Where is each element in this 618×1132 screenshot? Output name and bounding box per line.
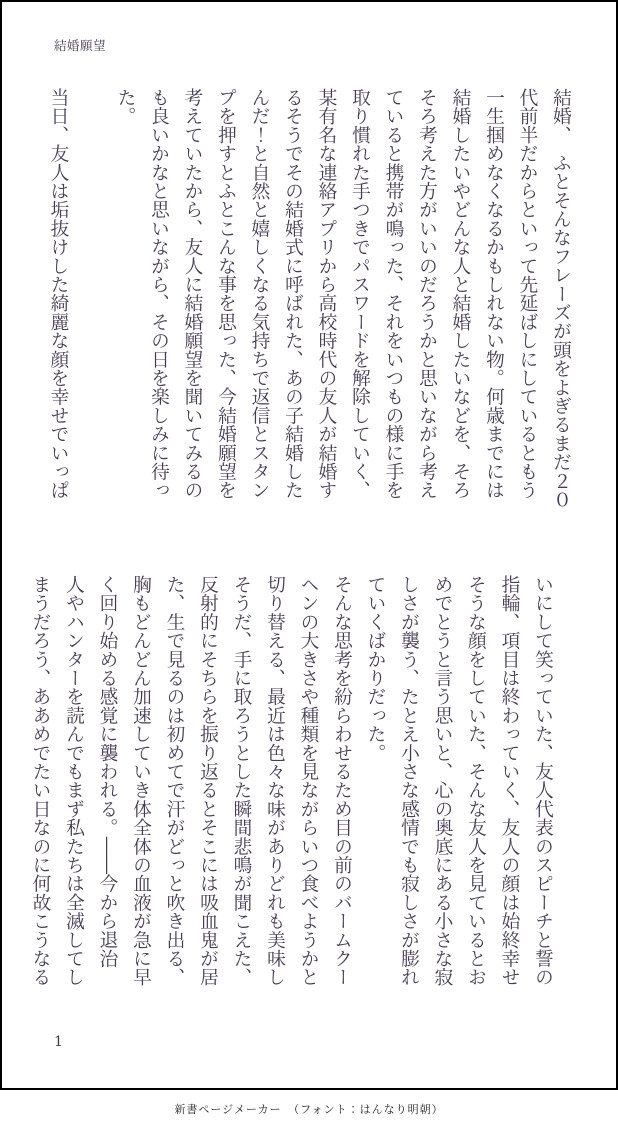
footer-caption: 新書ページメーカー （フォント：はんなり明朝） [0, 1101, 618, 1117]
text-column: 結婚したいやどんな人と結婚したいなどを、そろ [443, 88, 477, 536]
text-column: 考えていたから、友人に結婚願望を聞いてみるの [175, 88, 209, 536]
text-column: 当日、友人は垢抜けした綺麗な顔を幸せでいっぱ [41, 88, 75, 536]
text-column: 代前半だからといって先延ばしにしているともう [510, 88, 544, 536]
text-column: 人やハンターを読んでもまず私たちは全滅してし [57, 575, 91, 1023]
text-column: 結婚、 ふとそんなフレーズが頭をよぎるまだ２０ [544, 88, 578, 536]
book-page: 結婚願望 結婚、 ふとそんなフレーズが頭をよぎるまだ２０ 代前半だからといって先… [0, 0, 618, 1132]
text-column: そんな思考を紛らわせるため目の前のバームクー [325, 575, 359, 1023]
text-column: いにして笑っていた、友人代表のスピーチと誓の [526, 575, 560, 1023]
text-column: ていくばかりだった。 [358, 575, 392, 1023]
text-column: 取り慣れた手つきでパスワードを解除していく、 [343, 88, 377, 536]
text-column: 切り替える、最近は色々な味がありどれも美味し [258, 575, 292, 1023]
page-number: 1 [54, 1034, 63, 1050]
text-column: しさが襲う、たとえ小さな感情でも寂しさが膨れ [392, 575, 426, 1023]
text-column: た。 [108, 88, 142, 536]
text-column: そうな顔をしていた、そんな友人を見ているとお [459, 575, 493, 1023]
text-block-bottom: いにして笑っていた、友人代表のスピーチと誓の 指輪、項目は終わっていく、友人の顔… [23, 575, 559, 1023]
text-column: 一生掴めなくなるかもしれない物。何歳までには [477, 88, 511, 536]
text-column: まうだろう、ああめでたい日なのに何故こうなる [23, 575, 57, 1023]
text-column: 反射的にそちらを振り返るとそこには吸血鬼が居 [191, 575, 225, 1023]
text-column: た、生で見るのは初めてで汗がどっと吹き出る、 [157, 575, 191, 1023]
text-column: も良いかなと思いながら、その日を楽しみに待っ [142, 88, 176, 536]
text-column: 指輪、項目は終わっていく、友人の顔は始終幸せ [492, 575, 526, 1023]
text-column: 某有名な連絡アプリから高校時代の友人が結婚す [309, 88, 343, 536]
text-column: ヘンの大きさや種類を見ながらいつ食べようかと [291, 575, 325, 1023]
text-column: そうだ、手に取ろうとした瞬間悲鳴が聞こえた、 [224, 575, 258, 1023]
page-title: 結婚願望 [54, 36, 106, 54]
text-column: そろ考えた方がいいのだろうかと思いながら考え [410, 88, 444, 536]
text-block-top: 結婚、 ふとそんなフレーズが頭をよぎるまだ２０ 代前半だからといって先延ばしにし… [41, 88, 577, 536]
text-column: 胸もどんどん加速していき体全体の血液が急に早 [124, 575, 158, 1023]
text-column: めでとうと言う思いと、心の奥底にある小さな寂 [425, 575, 459, 1023]
text-column-blank [75, 88, 109, 536]
text-column: るそうでその結婚式に呼ばれた、あの子結婚した [276, 88, 310, 536]
text-column: プを押すとふとこんな事を思った、今結婚願望を [209, 88, 243, 536]
text-column: く回り始める感覚に襲われる。――今から退治 [90, 575, 124, 1023]
text-column: んだ！と自然と嬉しくなる気持ちで返信とスタン [242, 88, 276, 536]
text-column: ていると携帯が鳴った、それをいつもの様に手を [376, 88, 410, 536]
